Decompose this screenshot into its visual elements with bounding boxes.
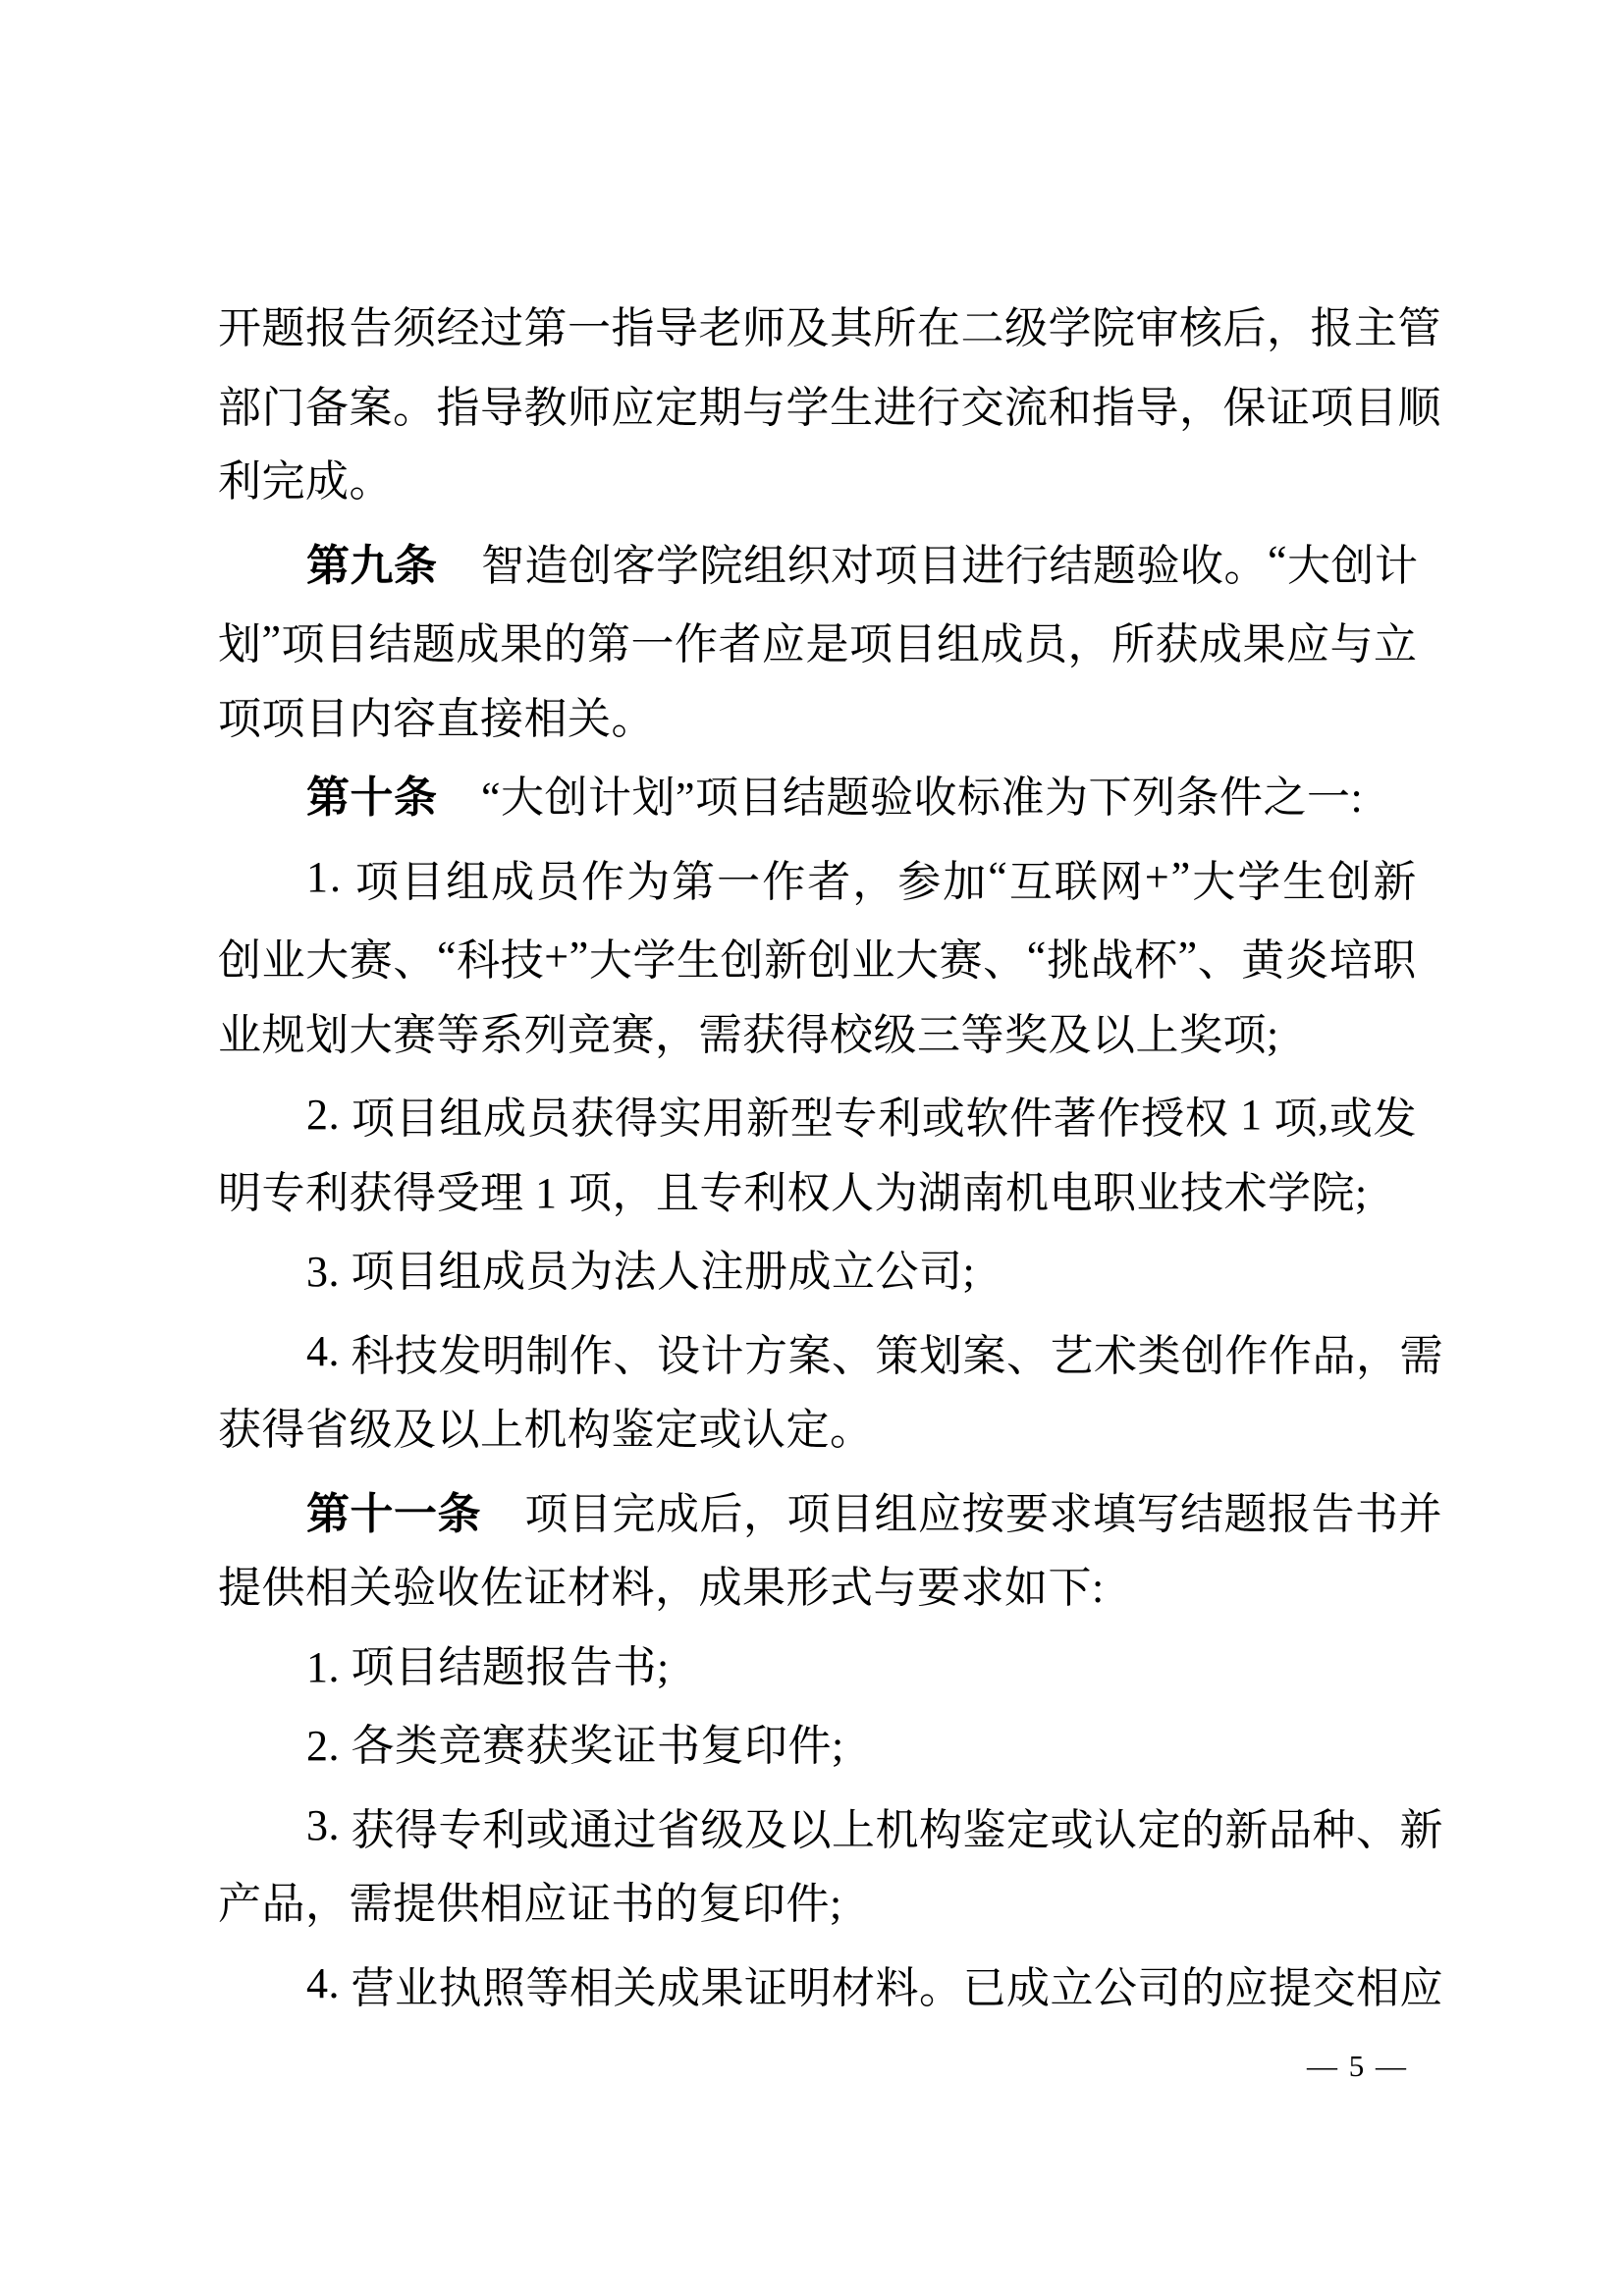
text-line: 3. 项目组成员为法人注册成立公司;	[218, 1233, 1417, 1312]
text-line: 第九条 智造创客学院组织对项目进行结题验收。“大创计	[218, 522, 1417, 602]
text-line: 开题报告须经过第一指导老师及其所在二级学院审核后，报主管	[218, 285, 1417, 364]
text-line: 项项目内容直接相关。	[218, 680, 1417, 760]
page-number: — 5 —	[1307, 2047, 1408, 2086]
text-line: 提供相关验收佐证材料，成果形式与要求如下:	[218, 1549, 1417, 1629]
text-line: 4. 营业执照等相关成果证明材料。已成立公司的应提交相应	[218, 1945, 1417, 2024]
text-line: 2. 项目组成员获得实用新型专利或软件著作授权 1 项,或发	[218, 1075, 1417, 1154]
text-line: 划”项目结题成果的第一作者应是项目组成员，所获成果应与立	[218, 601, 1417, 680]
text-line: 1. 项目组成员作为第一作者，参加“互联网+”大学生创新	[218, 838, 1417, 918]
text-line: 第十一条 项目完成后，项目组应按要求填写结题报告书并	[218, 1470, 1417, 1550]
document-body: 开题报告须经过第一指导老师及其所在二级学院审核后，报主管部门备案。指导教师应定期…	[218, 285, 1417, 2023]
text-line: 2. 各类竞赛获奖证书复印件;	[218, 1707, 1417, 1787]
document-page: 开题报告须经过第一指导老师及其所在二级学院审核后，报主管部门备案。指导教师应定期…	[0, 0, 1624, 2296]
text-line: 产品，需提供相应证书的复印件;	[218, 1865, 1417, 1945]
text-line: 部门备案。指导教师应定期与学生进行交流和指导，保证项目顺	[218, 364, 1417, 444]
text-line: 业规划大赛等系列竞赛，需获得校级三等奖及以上奖项;	[218, 996, 1417, 1076]
text-line: 创业大赛、“科技+”大学生创新创业大赛、“挑战杯”、黄炎培职	[218, 917, 1417, 996]
text-line: 获得省级及以上机构鉴定或认定。	[218, 1391, 1417, 1470]
text-line: 第十条 “大创计划”项目结题验收标准为下列条件之一:	[218, 759, 1417, 838]
text-line: 1. 项目结题报告书;	[218, 1629, 1417, 1708]
text-line: 明专利获得受理 1 项，且专利权人为湖南机电职业技术学院;	[218, 1154, 1417, 1234]
text-line: 4. 科技发明制作、设计方案、策划案、艺术类创作作品，需	[218, 1312, 1417, 1392]
text-line: 3. 获得专利或通过省级及以上机构鉴定或认定的新品种、新	[218, 1787, 1417, 1866]
text-line: 利完成。	[218, 443, 1417, 522]
